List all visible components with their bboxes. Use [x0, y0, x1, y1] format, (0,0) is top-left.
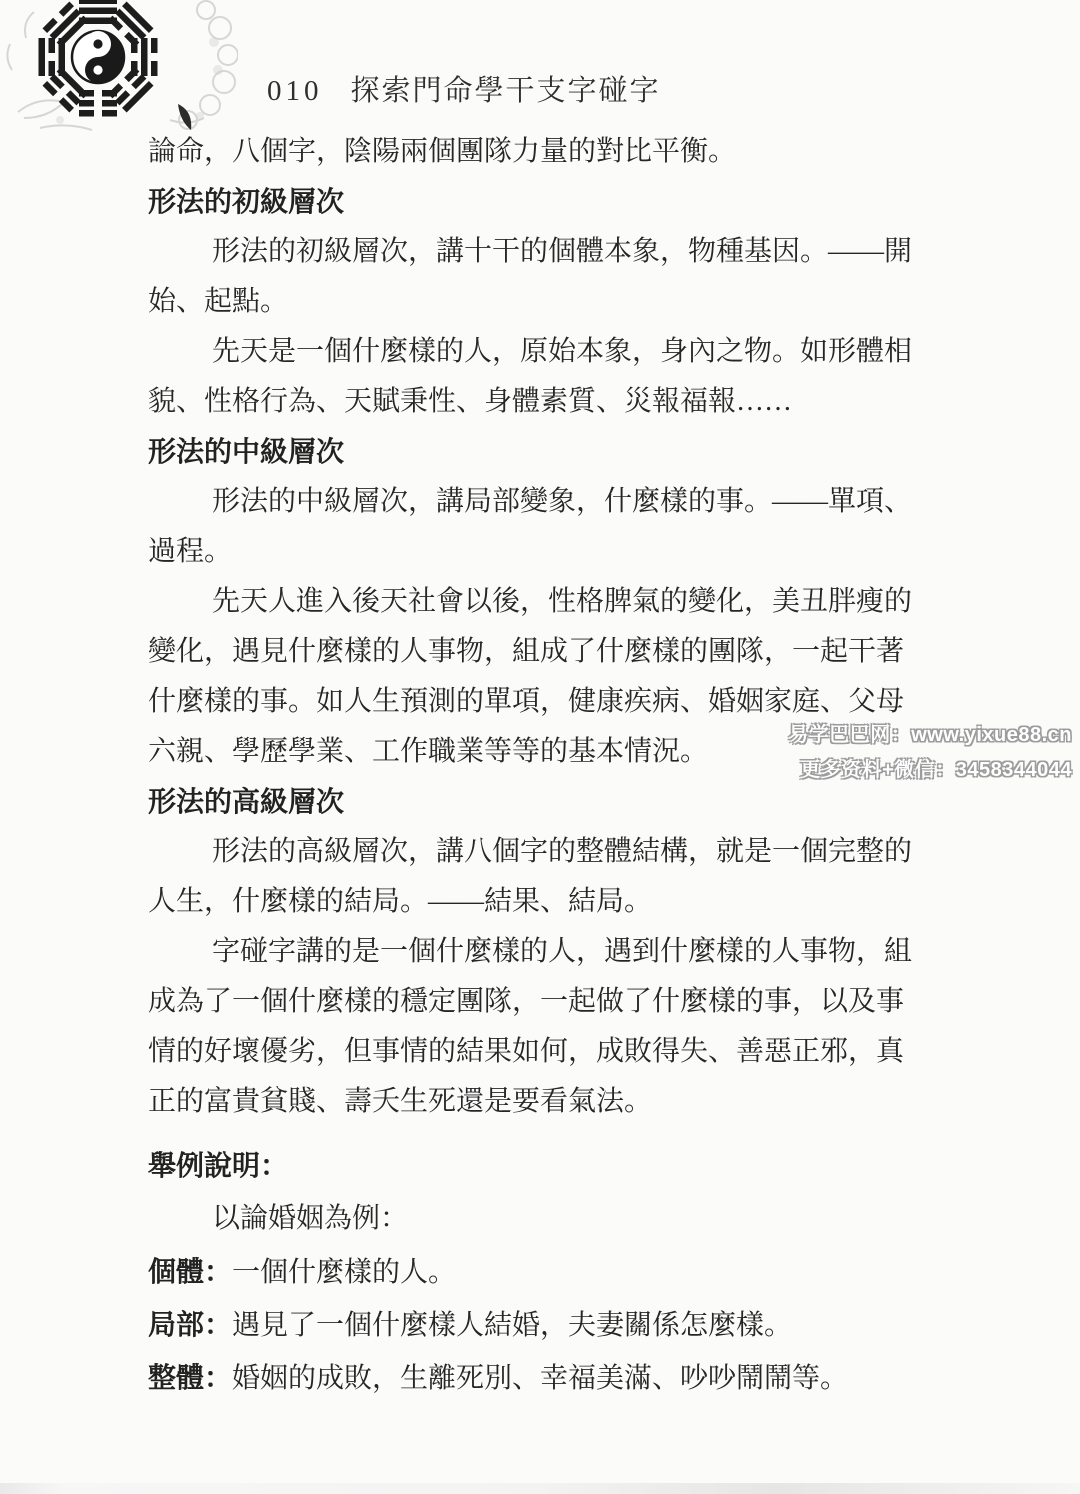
body-line: 貌、性格行為、天賦秉性、身體素質、災報福報……	[148, 377, 948, 427]
example-item-text: 一個什麼樣的人。	[232, 1257, 456, 1288]
example-item-label: 整體：	[148, 1362, 232, 1393]
body-line: 人生，什麼樣的結局。——結果、結局。	[148, 877, 948, 927]
watermark-line: 更多资料+微信：3458344044	[788, 753, 1072, 788]
example-item: 局部：遇見了一個什麼樣人結婚，夫妻關係怎麼樣。	[148, 1298, 948, 1351]
body-line: 變化，遇見什麼樣的人事物，組成了什麼樣的團隊，一起干著	[148, 627, 948, 677]
running-header: 010探索門命學干支字碰字	[267, 68, 661, 109]
example-item: 整體：婚姻的成敗，生離死別、幸福美滿、吵吵鬧鬧等。	[148, 1351, 948, 1404]
example-item-label: 局部：	[148, 1309, 232, 1340]
body-line: 字碰字講的是一個什麼樣的人，遇到什麼樣的人事物，組	[148, 927, 948, 977]
body-line: 成為了一個什麼樣的穩定團隊，一起做了什麼樣的事，以及事	[148, 977, 948, 1027]
example-item: 個體：一個什麼樣的人。	[148, 1245, 948, 1298]
body-line: 形法的中級層次，講局部變象，什麼樣的事。——單項、	[148, 477, 948, 527]
scan-edge	[0, 1483, 1080, 1494]
section-heading: 形法的中級層次	[148, 427, 948, 477]
example-heading: 舉例說明：	[148, 1139, 948, 1192]
taiji-symbol	[72, 31, 124, 83]
section-heading: 形法的初級層次	[148, 177, 948, 227]
body-line: 論命，八個字，陰陽兩個團隊力量的對比平衡。	[148, 127, 948, 177]
book-title: 探索門命學干支字碰字	[351, 75, 661, 107]
example-item-text: 遇見了一個什麼樣人結婚，夫妻關係怎麼樣。	[232, 1310, 792, 1341]
example-item-text: 婚姻的成敗，生離死別、幸福美滿、吵吵鬧鬧等。	[232, 1363, 848, 1394]
body-line: 形法的高級層次，講八個字的整體結構，就是一個完整的	[148, 827, 948, 877]
body-line: 先天是一個什麼樣的人，原始本象，身內之物。如形體相	[148, 327, 948, 377]
body-line: 情的好壞優劣，但事情的結果如何，成敗得失、善惡正邪，真	[148, 1027, 948, 1077]
example-item-label: 個體：	[148, 1256, 232, 1287]
body-line: 先天人進入後天社會以後，性格脾氣的變化，美丑胖瘦的	[148, 577, 948, 627]
bagua-taiji-icon	[0, 0, 238, 138]
book-page: 010探索門命學干支字碰字 論命，八個字，陰陽兩個團隊力量的對比平衡。 形法的初…	[0, 0, 1080, 1494]
example-intro: 以論婚姻為例：	[148, 1192, 948, 1245]
watermark-line: 易学巴巴网：www.yixue88.cn	[788, 718, 1072, 753]
example-section: 舉例說明： 以論婚姻為例： 個體：一個什麼樣的人。 局部：遇見了一個什麼樣人結婚…	[148, 1139, 948, 1404]
page-number: 010	[267, 75, 323, 107]
body-line: 形法的初級層次，講十干的個體本象，物種基因。——開	[148, 227, 948, 277]
body-line: 過程。	[148, 527, 948, 577]
body-line: 正的富貴貧賤、壽夭生死還是要看氣法。	[148, 1077, 948, 1127]
body-line: 始、起點。	[148, 277, 948, 327]
site-watermark: 易学巴巴网：www.yixue88.cn 更多资料+微信：3458344044	[788, 718, 1072, 788]
